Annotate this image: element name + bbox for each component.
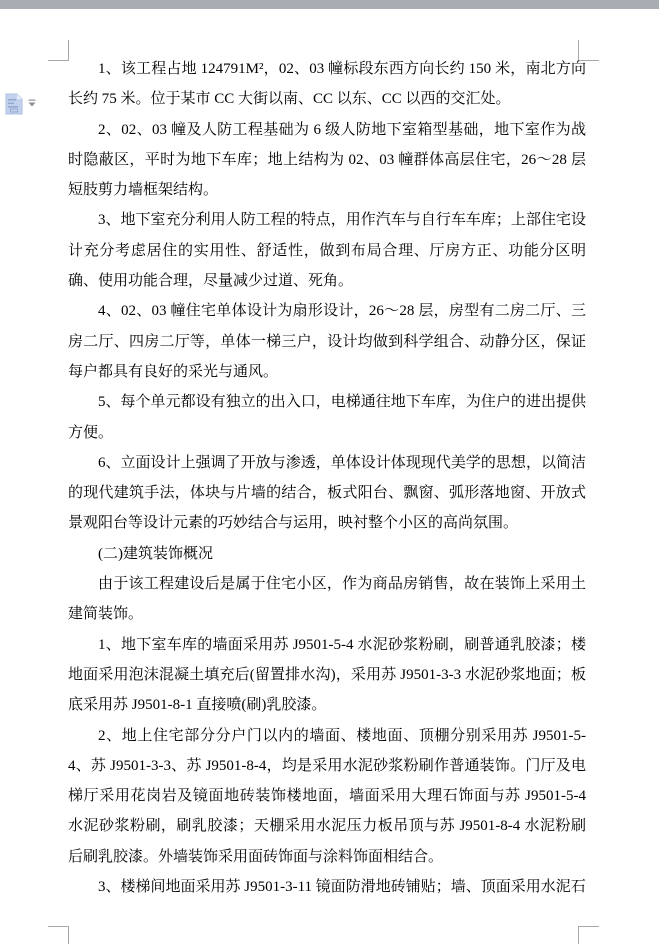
paragraph: 2、地上住宅部分分户门以内的墙面、楼地面、顶棚分别采用苏 J9501-5-4、苏…	[68, 721, 586, 872]
crop-mark-bottom-left	[48, 926, 69, 944]
paste-options-icon	[4, 93, 24, 115]
paragraph: 由于该工程建设后是属于住宅小区，作为商品房销售，故在装饰上采用土建简装饰。	[68, 569, 586, 630]
paste-options-button[interactable]	[4, 93, 37, 115]
paragraph: 6、立面设计上强调了开放与渗透，单体设计体现现代美学的思想，以简洁的现代建筑手法…	[68, 448, 586, 539]
paragraph: 3、楼梯间地面采用苏 J9501-3-11 镜面防滑地砖铺贴；墙、顶面采用水泥石	[68, 872, 586, 902]
document-page-text: 1、该工程占地 124791M²，02、03 幢标段东西方向长约 150 米，南…	[68, 54, 586, 902]
paragraph: 2、02、03 幢及人防工程基础为 6 级人防地下室箱型基础，地下室作为战时隐蔽…	[68, 115, 586, 206]
page-top-gap	[0, 0, 659, 9]
paragraph: 1、地下室车库的墙面采用苏 J9501-5-4 水泥砂浆粉刷，刷普通乳胶漆；楼地…	[68, 630, 586, 721]
crop-mark-bottom-right	[578, 926, 599, 944]
crop-mark-top-left	[48, 40, 69, 61]
paragraph: (二)建筑装饰概况	[68, 539, 586, 569]
dropdown-arrow-icon[interactable]	[28, 99, 37, 108]
paragraph: 3、地下室充分利用人防工程的特点，用作汽车与自行车车库；上部住宅设计充分考虑居住…	[68, 205, 586, 296]
paragraph: 1、该工程占地 124791M²，02、03 幢标段东西方向长约 150 米，南…	[68, 54, 586, 115]
paragraph: 4、02、03 幢住宅单体设计为扇形设计，26～28 层，房型有二房二厅、三房二…	[68, 296, 586, 387]
paragraph: 5、每个单元都设有独立的出入口，电梯通往地下车库，为住户的进出提供方便。	[68, 387, 586, 448]
